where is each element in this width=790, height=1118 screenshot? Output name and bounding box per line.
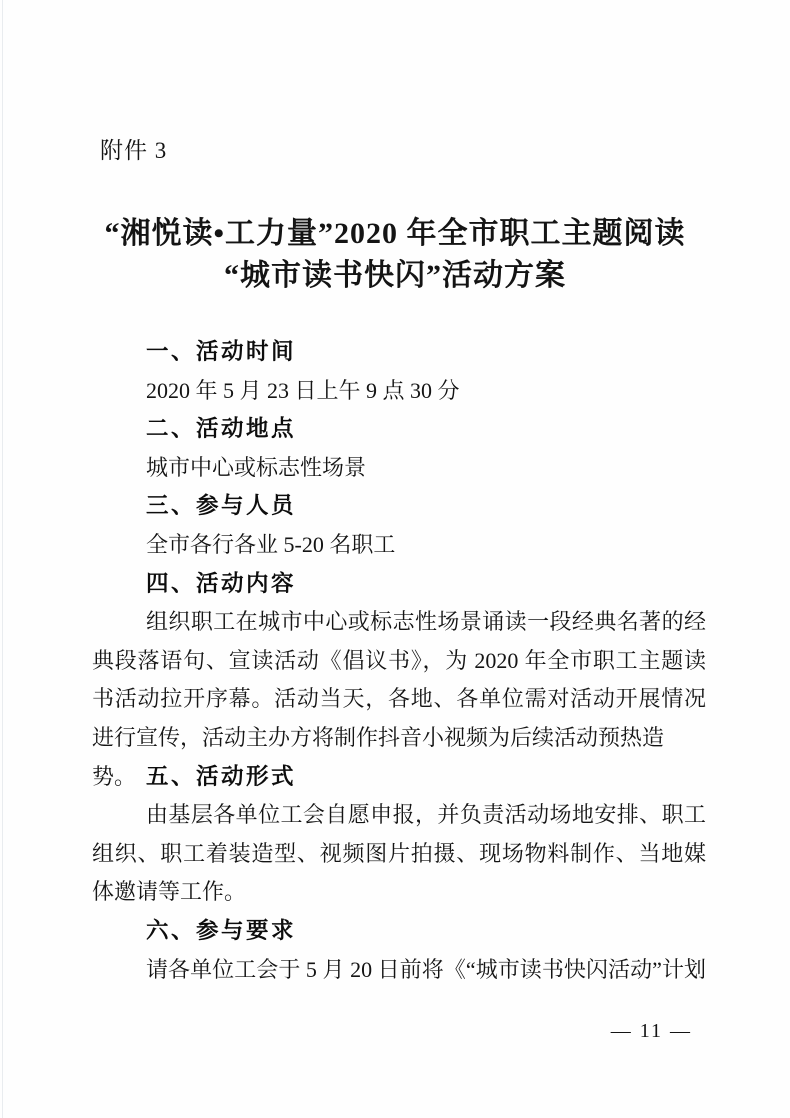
section-1-line-1: 2020 年 5 月 23 日上午 9 点 30 分 — [92, 372, 706, 411]
section-heading-1: 一、活动时间 — [92, 333, 706, 372]
scan-edge-line — [2, 0, 3, 1118]
document-body: 一、活动时间 2020 年 5 月 23 日上午 9 点 30 分 二、活动地点… — [92, 333, 706, 989]
section-4-line-4: 进行宣传，活动主办方将制作抖音小视频为后续活动预热造势。 — [92, 719, 706, 758]
section-heading-3: 三、参与人员 — [92, 487, 706, 526]
section-4-line-2: 典段落语句、宣读活动《倡议书》，为 2020 年全市职工主题读 — [92, 642, 706, 681]
section-5-line-1: 由基层各单位工会自愿申报，并负责活动场地安排、职工 — [92, 796, 706, 835]
document-title-line-1: “湘悦读•工力量”2020 年全市职工主题阅读 — [0, 213, 790, 255]
section-6-line-1: 请各单位工会于 5 月 20 日前将《“城市读书快闪活动”计划 — [92, 951, 706, 990]
section-5-line-3: 体邀请等工作。 — [92, 873, 706, 912]
section-4-line-1: 组织职工在城市中心或标志性场景诵读一段经典名著的经 — [92, 603, 706, 642]
section-heading-4: 四、活动内容 — [92, 565, 706, 604]
section-heading-2: 二、活动地点 — [92, 410, 706, 449]
section-heading-5: 五、活动形式 — [92, 758, 706, 797]
section-3-line-1: 全市各行各业 5-20 名职工 — [92, 526, 706, 565]
section-4-line-3: 书活动拉开序幕。活动当天，各地、各单位需对活动开展情况 — [92, 680, 706, 719]
section-heading-6: 六、参与要求 — [92, 912, 706, 951]
section-5-line-2: 组织、职工着装造型、视频图片拍摄、现场物料制作、当地媒 — [92, 835, 706, 874]
document-title: “湘悦读•工力量”2020 年全市职工主题阅读 “城市读书快闪”活动方案 — [0, 213, 790, 297]
document-page: 附件 3 “湘悦读•工力量”2020 年全市职工主题阅读 “城市读书快闪”活动方… — [0, 0, 790, 1118]
attachment-label: 附件 3 — [100, 136, 167, 166]
document-title-line-2: “城市读书快闪”活动方案 — [0, 255, 790, 297]
page-number: — 11 — — [611, 1020, 692, 1043]
section-2-line-1: 城市中心或标志性场景 — [92, 449, 706, 488]
